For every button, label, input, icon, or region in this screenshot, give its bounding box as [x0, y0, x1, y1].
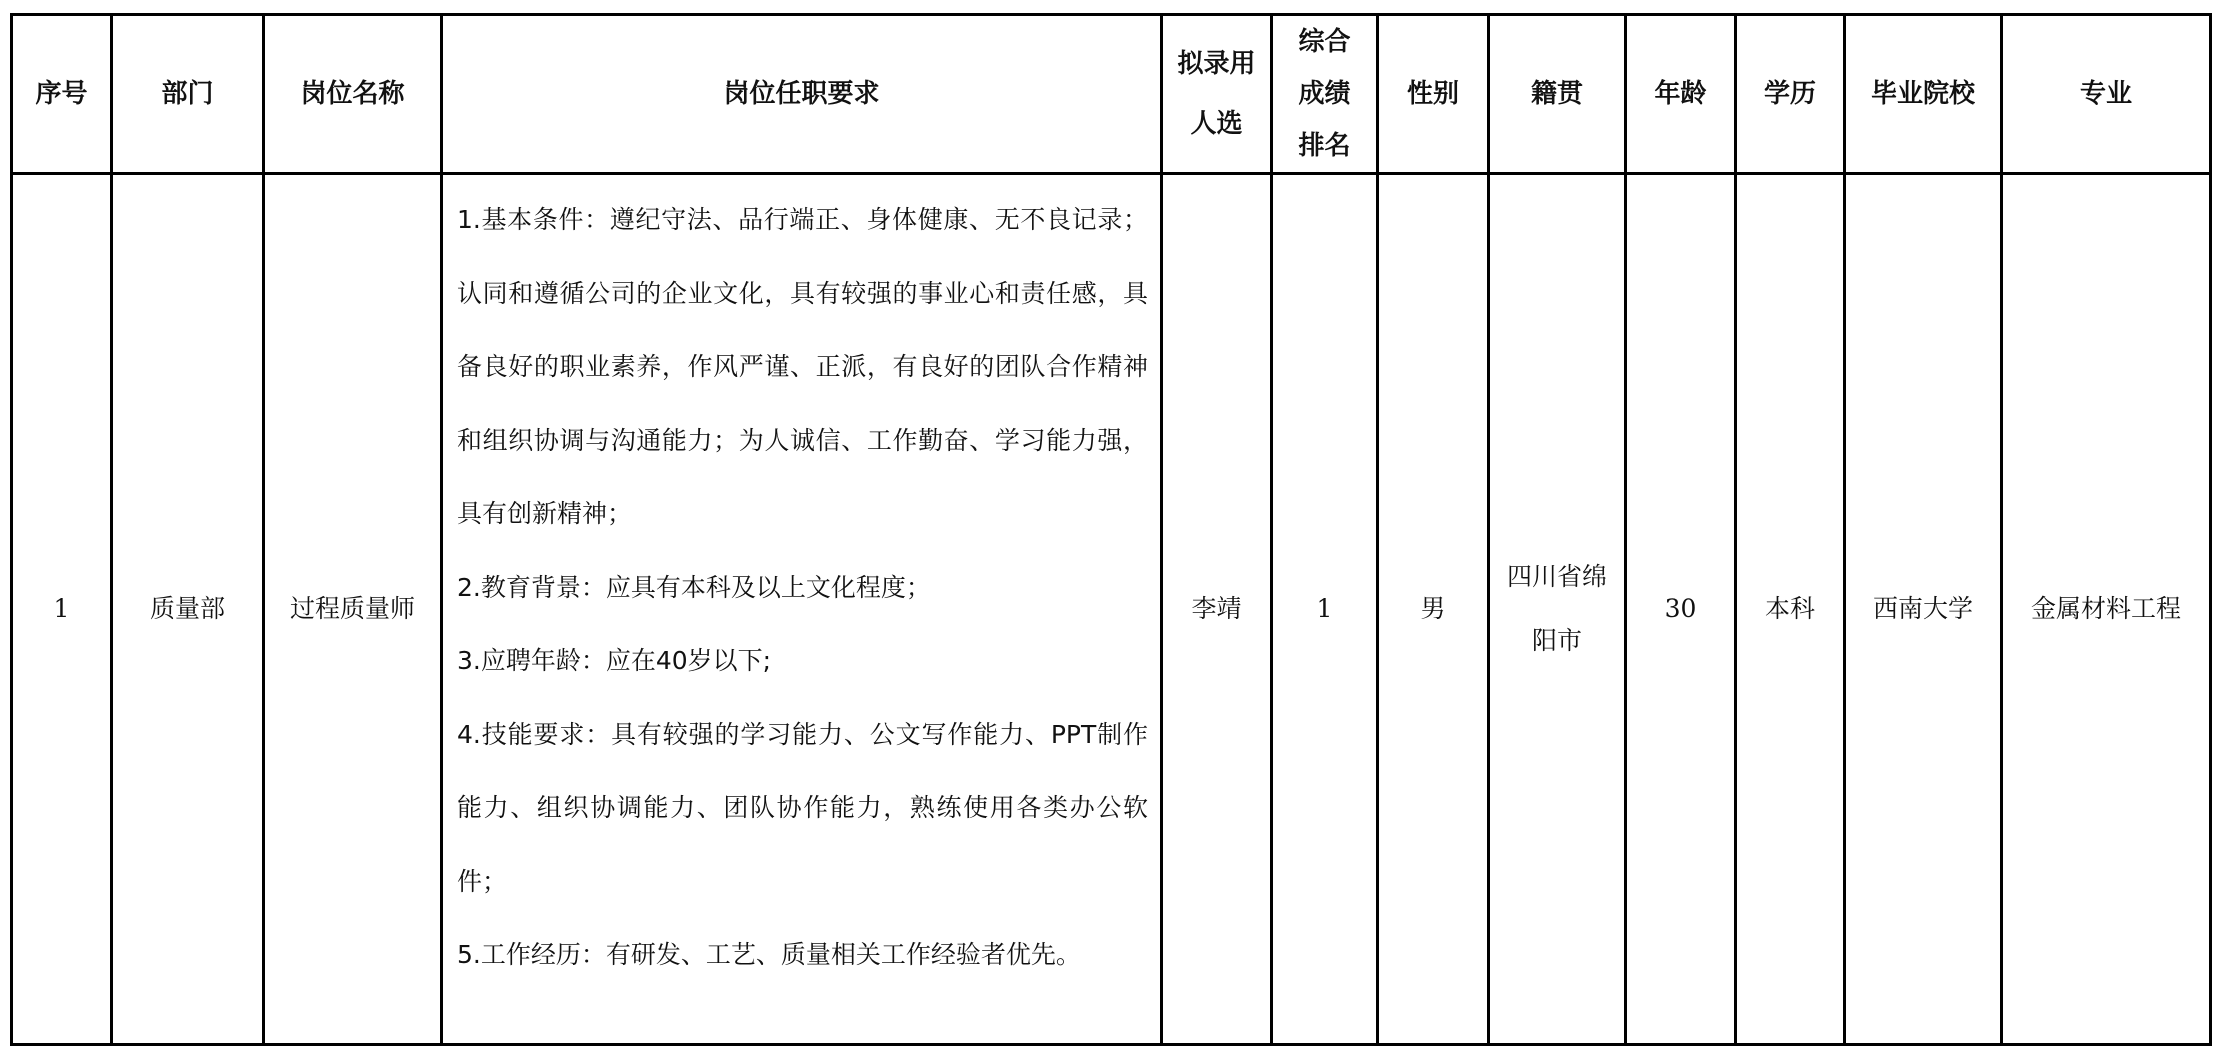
header-seq-label: 序号: [35, 68, 87, 120]
header-candidate: 拟录用人选: [1162, 15, 1272, 174]
cell-requirements: 1.基本条件：遵纪守法、品行端正、身体健康、无不良记录；认同和遵循公司的企业文化…: [442, 174, 1162, 1045]
cell-seq: 1: [12, 174, 112, 1045]
header-rank: 综合成绩排名: [1272, 15, 1378, 174]
cell-school: 西南大学: [1845, 174, 2002, 1045]
cell-position: 过程质量师: [264, 174, 442, 1045]
cell-candidate: 李靖: [1162, 174, 1272, 1045]
header-school: 毕业院校: [1845, 15, 2002, 174]
header-row: 序号 部门 岗位名称 岗位任职要求 拟录用人选 综合成绩排名 性别 籍贯 年龄 …: [12, 15, 2211, 174]
header-age: 年龄: [1626, 15, 1736, 174]
requirement-basic: 1.基本条件：遵纪守法、品行端正、身体健康、无不良记录；认同和遵循公司的企业文化…: [457, 183, 1148, 551]
requirement-education: 2.教育背景：应具有本科及以上文化程度；: [457, 551, 1148, 625]
header-education-label: 学历: [1764, 68, 1816, 120]
header-rank-label: 综合成绩排名: [1297, 16, 1352, 172]
cell-gender: 男: [1378, 174, 1489, 1045]
requirement-experience: 5.工作经历：有研发、工艺、质量相关工作经验者优先。: [457, 918, 1148, 992]
header-gender: 性别: [1378, 15, 1489, 174]
header-age-label: 年龄: [1654, 68, 1706, 120]
cell-native-place: 四川省绵阳市: [1489, 174, 1626, 1045]
requirement-skills: 4.技能要求：具有较强的学习能力、公文写作能力、PPT制作能力、组织协调能力、团…: [457, 698, 1148, 919]
table-row: 1 质量部 过程质量师 1.基本条件：遵纪守法、品行端正、身体健康、无不良记录；…: [12, 174, 2211, 1045]
header-requirements-label: 岗位任职要求: [723, 68, 879, 120]
header-candidate-label: 拟录用人选: [1176, 34, 1257, 154]
requirements-list: 1.基本条件：遵纪守法、品行端正、身体健康、无不良记录；认同和遵循公司的企业文化…: [457, 175, 1160, 992]
header-gender-label: 性别: [1407, 68, 1459, 120]
header-requirements: 岗位任职要求: [442, 15, 1162, 174]
header-department: 部门: [112, 15, 264, 174]
cell-rank: 1: [1272, 174, 1378, 1045]
header-department-label: 部门: [161, 68, 213, 120]
header-major: 专业: [2002, 15, 2211, 174]
header-position-label: 岗位名称: [300, 68, 404, 120]
header-school-label: 毕业院校: [1871, 68, 1975, 120]
native-place-text: 四川省绵阳市: [1505, 545, 1610, 673]
cell-major: 金属材料工程: [2002, 174, 2211, 1045]
cell-department: 质量部: [112, 174, 264, 1045]
requirement-age: 3.应聘年龄：应在40岁以下;: [457, 624, 1148, 698]
header-position: 岗位名称: [264, 15, 442, 174]
recruitment-table: 序号 部门 岗位名称 岗位任职要求 拟录用人选 综合成绩排名 性别 籍贯 年龄 …: [10, 13, 2212, 1046]
header-major-label: 专业: [2080, 68, 2132, 120]
cell-education: 本科: [1736, 174, 1845, 1045]
header-seq: 序号: [12, 15, 112, 174]
header-education: 学历: [1736, 15, 1845, 174]
header-native-place: 籍贯: [1489, 15, 1626, 174]
header-native-place-label: 籍贯: [1531, 68, 1583, 120]
cell-age: 30: [1626, 174, 1736, 1045]
